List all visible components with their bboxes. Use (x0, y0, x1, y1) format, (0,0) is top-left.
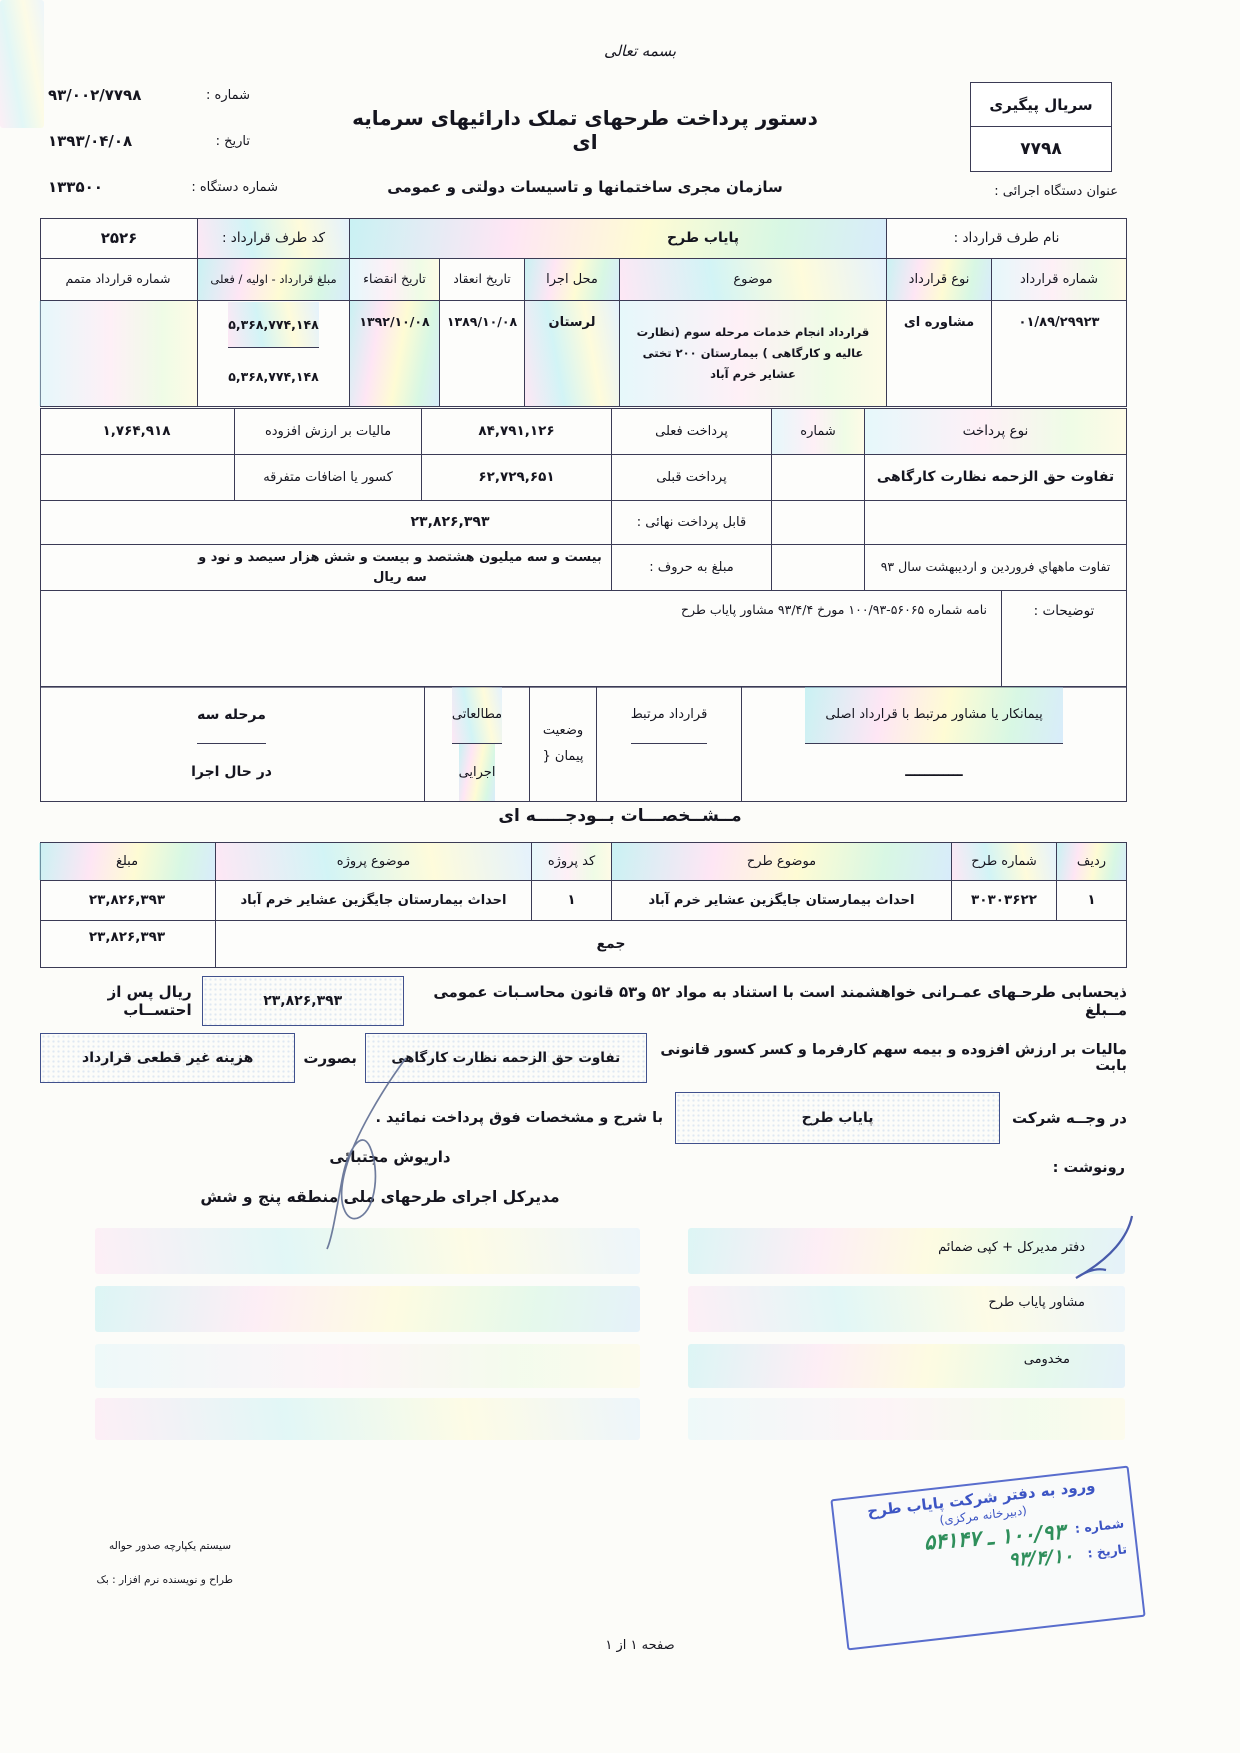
directive-l1-text-b: ریال پس از احتســاب (40, 983, 192, 1019)
stamp-date-value: ۹۳/۴/۱۰ (1008, 1545, 1074, 1571)
payment-header-row: نوع پرداخت شماره پرداخت فعلی ۸۴,۷۹۱,۱۲۶ … (41, 409, 1126, 455)
scan-artifact (95, 1398, 640, 1440)
device-number-label: شماره دستگاه : (191, 180, 278, 195)
contract-h-subject: موضوع (619, 259, 886, 300)
copy-item-2: مشاور پایاب طرح (910, 1295, 1085, 1310)
budget-h-row: ردیف (1056, 843, 1126, 880)
contract-amount-stack: ۵,۳۶۸,۷۷۴,۱۴۸ ۵,۳۶۸,۷۷۴,۱۴۸ (197, 301, 349, 406)
payment-final-label: قابل پرداخت نهائی : (611, 501, 771, 544)
scan-artifact (0, 0, 44, 128)
contract-v-amount-initial: ۵,۳۶۸,۷۷۴,۱۴۸ (228, 302, 319, 348)
doc-date-value: ۱۳۹۳/۰۴/۰۸ (48, 132, 132, 150)
payment-previous-label: پرداخت قبلی (611, 455, 771, 500)
tracking-serial-label: سریال پیگیری (971, 83, 1111, 127)
budget-plan-subject: احداث بیمارستان جایگزین عشایر خرم آباد (611, 881, 951, 920)
status-state-label-2: پیمان { (543, 744, 584, 770)
contract-v-location: لرستان (524, 301, 619, 406)
contract-party-label: نام طرف قرارداد : (886, 219, 1126, 258)
directive-l3-text-a: در وجــه شرکت (1012, 1109, 1127, 1127)
budget-row-amount: ۲۳,۸۲۶,۳۹۳ (39, 881, 215, 920)
doc-number-row: شماره : ۹۳/۰۰۲/۷۷۹۸ (48, 86, 250, 104)
contract-table: نام طرف قرارداد : پایاب طرح کد طرف قرارد… (40, 218, 1127, 407)
payment-final-spacer2 (771, 501, 864, 544)
handwritten-signature (318, 1052, 428, 1252)
directive-line-2: مالیات بر ارزش افزوده و بیمه سهم کارفرما… (40, 1032, 1127, 1084)
contract-value-row: ۰۱/۸۹/۲۹۹۲۳ مشاوره ای قرارداد انجام خدما… (41, 301, 1126, 406)
budget-h-plan: موضوع طرح (611, 843, 951, 880)
budget-h-code: کد پروژه (531, 843, 611, 880)
copy-item-3: مخدومی (940, 1352, 1070, 1367)
payment-notes-value: نامه شماره ۵۶۰۶۵-۱۰۰/۹۳ مورخ ۹۳/۴/۴ مشاو… (39, 591, 1001, 687)
payment-h-type: نوع پرداخت (864, 409, 1126, 454)
device-number-row: شماره دستگاه : ۱۳۳۵۰۰ (48, 178, 278, 196)
budget-h-plan-no: شماره طرح (951, 843, 1056, 880)
device-number-value: ۱۳۳۵۰۰ (48, 178, 103, 196)
footer-system-line-1: سیستم یکپارچه صدور حواله (66, 1540, 231, 1552)
status-study-label: مطالعاتی (452, 687, 502, 744)
contract-v-number: ۰۱/۸۹/۲۹۹۲۳ (991, 301, 1126, 406)
budget-data-row: ۱ ۳۰۳۰۳۶۲۲ احداث بیمارستان جایگزین عشایر… (41, 881, 1126, 921)
payment-type-row: تفاوت حق الزحمه نظارت کارگاهی پرداخت قبل… (41, 455, 1126, 501)
payment-notes-row: توضیحات : نامه شماره ۵۶۰۶۵-۱۰۰/۹۳ مورخ ۹… (41, 591, 1126, 687)
tracking-serial-value: ۷۷۹۸ (971, 127, 1111, 171)
payment-current-label: پرداخت فعلی (611, 409, 771, 454)
stamp-number-label: شماره : (1074, 1515, 1125, 1535)
status-value-col: مرحله سه در حال اجرا (39, 687, 424, 801)
directive-cost-type-box: هزینه غیر قطعی قرارداد (40, 1033, 295, 1083)
budget-project-subject: احداث بیمارستان جایگزین عشایر خرم آباد (215, 881, 531, 920)
pen-check-mark (1068, 1212, 1140, 1288)
bismillah: بسمه تعالی (560, 42, 720, 60)
payment-notes-label: توضیحات : (1001, 591, 1126, 687)
budget-h-project: موضوع پروژه (215, 843, 531, 880)
footer-system-line-2: طراح و نویسنده نرم افزار : بک (58, 1574, 233, 1586)
contract-code-value: ۲۵۲۶ (41, 219, 197, 258)
contract-header-row: شماره قرارداد نوع قرارداد موضوع محل اجرا… (41, 259, 1126, 301)
payment-deduction-empty (39, 455, 234, 500)
entry-stamp: ورود به دفتر شرکت پایاب طرح (دبیرخانه مر… (830, 1466, 1145, 1651)
payment-number-empty (771, 455, 864, 500)
contract-h-amount: مبلغ قرارداد - اولیه / فعلی (197, 259, 349, 300)
contract-v-sign-date: ۱۳۸۹/۱۰/۰۸ (439, 301, 524, 406)
payment-words-row: تفاوت ماههاي فروردین و اردیبهشت سال ۹۳ م… (41, 545, 1126, 591)
budget-total-label: جمع (215, 921, 1126, 967)
payment-words-spacer (771, 545, 864, 590)
budget-table: ردیف شماره طرح موضوع طرح کد پروژه موضوع … (40, 842, 1127, 968)
payment-final-row: قابل پرداخت نهائی : ۲۳,۸۲۶,۳۹۳ (41, 501, 1126, 545)
contract-h-expire-date: تاریخ انقضاء (349, 259, 439, 300)
contract-h-location: محل اجرا (524, 259, 619, 300)
directive-l1-text-a: ذیحسابی طرحـهای عمـرانی خواهشمند است با … (414, 983, 1127, 1019)
status-mode-col: مطالعاتی اجرایی (424, 687, 529, 801)
payment-previous-value: ۶۲,۷۲۹,۶۵۱ (421, 455, 611, 500)
payment-current-value: ۸۴,۷۹۱,۱۲۶ (421, 409, 611, 454)
payment-vat-label: مالیات بر ارزش افزوده (234, 409, 421, 454)
payment-vat-value: ۱,۷۶۴,۹۱۸ (39, 409, 234, 454)
contract-v-type: مشاوره ای (886, 301, 991, 406)
payment-table: نوع پرداخت شماره پرداخت فعلی ۸۴,۷۹۱,۱۲۶ … (40, 408, 1127, 688)
payment-deduction-label: کسور یا اضافات متفرقه (234, 455, 421, 500)
directive-company-box: پایاب طرح (675, 1092, 1000, 1144)
doc-number-value: ۹۳/۰۰۲/۷۷۹۸ (48, 86, 141, 104)
doc-number-label: شماره : (206, 88, 250, 103)
copies-label: رونوشت : (1005, 1160, 1125, 1176)
agency-title-label: عنوان دستگاه اجرائی : (968, 184, 1118, 199)
budget-total-value: ۲۳,۸۲۶,۳۹۳ (39, 921, 215, 967)
status-main-col: پیمانکار یا مشاور مرتبط با قرارداد اصلی … (741, 687, 1126, 801)
directive-l2-text-a: مالیات بر ارزش افزوده و بیمه سهم کارفرما… (655, 1042, 1127, 1074)
scan-artifact (95, 1344, 640, 1388)
status-related-col: قرارداد مرتبط (596, 687, 741, 801)
budget-total-row: جمع ۲۳,۸۲۶,۳۹۳ (41, 921, 1126, 967)
contract-v-subject: قرارداد انجام خدمات مرحله سوم (نظارت عال… (619, 301, 886, 406)
contract-code-label: کد طرف قرارداد : (197, 219, 349, 258)
budget-row-index: ۱ (1056, 881, 1126, 920)
scan-artifact (688, 1398, 1125, 1440)
tracking-serial-box: سریال پیگیری ۷۷۹۸ (970, 82, 1112, 172)
page-title: دستور پرداخت طرحهای تملک دارائیهای سرمای… (350, 106, 820, 154)
budget-header-row: ردیف شماره طرح موضوع طرح کد پروژه موضوع … (41, 843, 1126, 881)
status-body: پیمانکار یا مشاور مرتبط با قرارداد اصلی … (41, 687, 1126, 801)
budget-section-title: مــشــخصـــات بــودجـــــه ای (300, 806, 940, 826)
payment-h-number: شماره (771, 409, 864, 454)
contract-h-addendum: شماره قرارداد متمم (39, 259, 197, 300)
status-main-value: ــــــــــــ (905, 744, 962, 801)
payment-type-value: تفاوت حق الزحمه نظارت کارگاهی (864, 455, 1126, 500)
contract-party-value: پایاب طرح (349, 219, 886, 258)
budget-plan-no: ۳۰۳۰۳۶۲۲ (951, 881, 1056, 920)
status-progress-value: در حال اجرا (191, 744, 272, 801)
payment-final-spacer1 (864, 501, 1126, 544)
directive-line-3: در وجــه شرکت پایاب طرح با شرح و مشخصات … (40, 1090, 1127, 1145)
status-main-label: پیمانکار یا مشاور مرتبط با قرارداد اصلی (805, 687, 1062, 744)
contract-h-type: نوع قرارداد (886, 259, 991, 300)
payment-words-label: مبلغ به حروف : (611, 545, 771, 590)
budget-h-amount: مبلغ (39, 843, 215, 880)
contract-v-expire-date: ۱۳۹۲/۱۰/۰۸ (349, 301, 439, 406)
status-related-label: قرارداد مرتبط (631, 687, 708, 744)
contract-v-amount-current: ۵,۳۶۸,۷۷۴,۱۴۸ (228, 348, 319, 405)
doc-date-row: تاریخ : ۱۳۹۳/۰۴/۰۸ (48, 132, 250, 150)
page-number: صفحه ۱ از ۱ (575, 1638, 705, 1653)
payment-words-value: بیست و سه میلیون هشتصد و بیست و شش هزار … (39, 545, 611, 590)
contract-h-number: شماره قرارداد (991, 259, 1126, 300)
scan-artifact (95, 1286, 640, 1332)
status-state-col: وضعیت پیمان { (529, 687, 596, 801)
doc-date-label: تاریخ : (216, 134, 250, 149)
contract-h-sign-date: تاریخ انعقاد (439, 259, 524, 300)
executing-org: سازمان مجری ساختمانها و تاسیسات دولتی و … (360, 178, 810, 196)
status-state-label-1: وضعیت (543, 718, 583, 744)
copy-item-1: دفتر مدیرکل + کپی ضمائم (860, 1240, 1085, 1255)
status-table: پیمانکار یا مشاور مرتبط با قرارداد اصلی … (40, 686, 1127, 802)
budget-project-code: ۱ (531, 881, 611, 920)
directive-amount-box: ۲۳,۸۲۶,۳۹۳ (202, 976, 404, 1026)
directive-line-1: ذیحسابی طرحـهای عمـرانی خواهشمند است با … (40, 975, 1127, 1027)
stamp-date-label: تاریخ : (1087, 1541, 1128, 1560)
scanned-payment-order-page: بسمه تعالی شماره : ۹۳/۰۰۲/۷۷۹۸ تاریخ : ۱… (0, 0, 1240, 1753)
contract-party-row: نام طرف قرارداد : پایاب طرح کد طرف قرارد… (41, 219, 1126, 259)
contract-v-addendum-empty (39, 301, 197, 406)
payment-final-value: ۲۳,۸۲۶,۳۹۳ (39, 501, 611, 544)
status-stage-value: مرحله سه (197, 687, 266, 744)
payment-period-note: تفاوت ماههاي فروردین و اردیبهشت سال ۹۳ (864, 545, 1126, 590)
status-exec-label: اجرایی (459, 744, 496, 801)
